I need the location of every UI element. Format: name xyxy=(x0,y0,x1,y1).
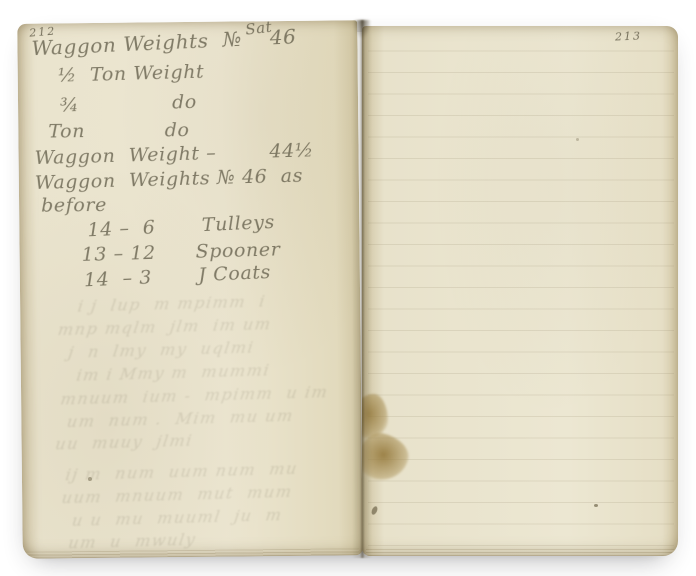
handwritten-line: Ton do xyxy=(48,119,189,142)
handwritten-line: 14 – 3 J Coats xyxy=(83,261,271,291)
handwritten-line: ½ Ton Weight xyxy=(57,61,204,87)
notebook-photo: 212 Sat Waggon Weights № 46 ½ Ton Weight… xyxy=(0,0,696,576)
ghost-illegible-line: u u mu muuml ju m xyxy=(71,505,284,530)
handwritten-line: ¾ do xyxy=(60,91,197,117)
ghost-illegible-line: uu muuy jlmi xyxy=(54,431,194,454)
brown-stain xyxy=(362,429,413,486)
ink-speck xyxy=(88,477,92,481)
right-page: 213 xyxy=(362,26,678,556)
brown-stain xyxy=(362,394,388,438)
ghost-illegible-line: um u mwuly xyxy=(67,530,198,553)
handwritten-line: before xyxy=(41,194,107,217)
ghost-illegible-line: ij m num uum num mu xyxy=(64,459,299,485)
right-page-number: 213 xyxy=(615,30,642,44)
left-page: 212 Sat Waggon Weights № 46 ½ Ton Weight… xyxy=(17,20,363,559)
handwritten-line: Waggon Weights № 46 xyxy=(31,24,297,60)
page-edge-stack xyxy=(366,549,674,556)
notebook-book: 212 Sat Waggon Weights № 46 ½ Ton Weight… xyxy=(20,20,678,558)
ghost-illegible-line: um num . Mim mu um xyxy=(66,406,296,431)
ghost-illegible-line: j n lmy my uqlmi xyxy=(67,338,256,362)
ghost-illegible-line: i j lup m mpimm i xyxy=(76,292,267,316)
ink-speck xyxy=(576,138,579,141)
pencil-mark xyxy=(370,505,378,515)
ruled-lines xyxy=(368,26,674,546)
ghost-illegible-line: im i Mmy m mummi xyxy=(75,360,271,384)
ghost-illegible-line: mnp mqlm jlm im um xyxy=(57,314,273,339)
ghost-illegible-line: uum mnuum mut mum xyxy=(60,482,294,507)
handwritten-line: 14 – 6 Tulleys xyxy=(87,211,275,241)
ghost-illegible-line: mnuum ium - mpimm u im xyxy=(59,382,329,408)
handwritten-line: Waggon Weights № 46 as xyxy=(35,164,304,193)
ink-speck xyxy=(594,504,598,507)
gutter-top-shadow xyxy=(354,20,370,38)
